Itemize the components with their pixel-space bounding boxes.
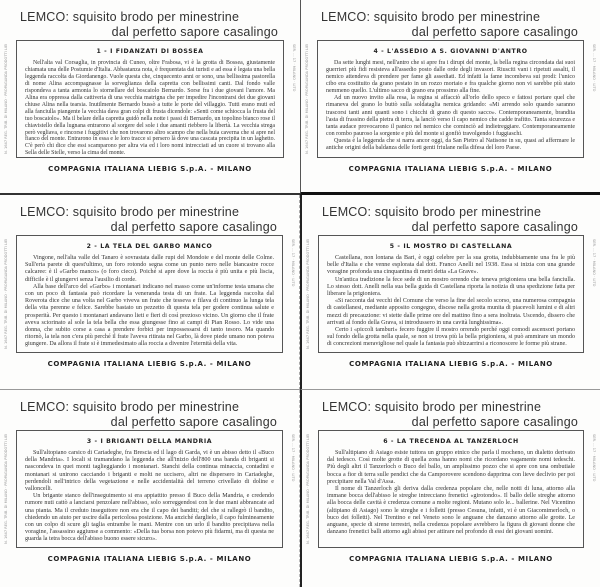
story-text: Nell'alta val Corsaglia, in provincia di… — [25, 60, 275, 157]
story-paragraph: Il nome di Tanzerloch gli deriva dalla c… — [327, 486, 575, 536]
card-side-caption-left: N. 1647 REG. TRIB. DI MILANO · PROPAGAND… — [4, 434, 12, 544]
story-paragraph: Un brigante stanco dell'inseguimento si … — [25, 493, 274, 543]
story-paragraph: «Si racconta dai vecchi del Comune che v… — [327, 298, 575, 327]
story-box: 6 - LA TRECENDA AL TANZERLOCH Sull'altip… — [318, 430, 584, 548]
card-footer: COMPAGNIA ITALIANA LIEBIG S.p.A. - MILAN… — [302, 360, 600, 368]
card-header-line2: dal perfetto sapore casalingo — [412, 220, 578, 234]
card-side-caption-right: SER. ... 17 · MILANO · LITO — [287, 434, 295, 544]
card-header-line2: dal perfetto sapore casalingo — [412, 25, 578, 39]
story-box: 5 - IL MOSTRO DI CASTELLANA Castellana, … — [318, 235, 584, 353]
story-title: 3 - I BRIGANTI DELLA MANDRIA — [25, 438, 274, 445]
card-side-caption-right: SER. ... 17 · MILANO · LITO — [287, 239, 295, 349]
card-header-line1: LEMCO: squisito brodo per minestrine — [20, 10, 239, 24]
liebig-card-1: N. 1647 REG. TRIB. DI MILANO · PROPAGAND… — [0, 0, 300, 195]
card-header-line2: dal perfetto sapore casalingo — [112, 25, 278, 39]
story-text: Sull'altipiano di Asiago esiste tuttora … — [327, 450, 575, 536]
story-paragraph: Castellana, non lontana da Bari, è oggi … — [327, 255, 575, 277]
liebig-card-2: N. 1647 REG. TRIB. DI MILANO · PROPAGAND… — [300, 0, 600, 195]
story-box: 3 - I BRIGANTI DELLA MANDRIA Sull'altopi… — [16, 430, 283, 548]
story-paragraph: Ad un nuovo invito alla resa, la regina … — [326, 95, 575, 137]
story-paragraph: Questa è la leggenda che si narra ancor … — [326, 138, 575, 152]
story-paragraph: Alla base dell'arco del «Garbo» i montan… — [25, 284, 274, 349]
card-footer: COMPAGNIA ITALIANA LIEBIG S.p.A. - MILAN… — [0, 165, 300, 173]
story-text: Castellana, non lontana da Bari, è oggi … — [327, 255, 575, 349]
liebig-cards-sheet: N. 1647 REG. TRIB. DI MILANO · PROPAGAND… — [0, 0, 600, 587]
card-footer: COMPAGNIA ITALIANA LIEBIG S.p.A. - MILAN… — [302, 555, 600, 563]
card-header-line2: dal perfetto sapore casalingo — [111, 415, 277, 429]
card-side-caption-left: N. 1647 REG. TRIB. DI MILANO · PROPAGAND… — [4, 239, 12, 349]
card-header-line1: LEMCO: squisito brodo per minestrine — [322, 400, 541, 414]
liebig-card-5: N. 1647 REG. TRIB. DI MILANO · PROPAGAND… — [0, 390, 300, 587]
story-title: 2 - LA TELA DEL GARBO MANCO — [25, 243, 274, 250]
card-header-line2: dal perfetto sapore casalingo — [412, 415, 578, 429]
story-box: 4 - L'ASSEDIO A S. GIOVANNI D'ANTRO Da s… — [317, 40, 584, 158]
liebig-card-3: N. 1647 REG. TRIB. DI MILANO · PROPAGAND… — [0, 195, 300, 390]
story-title: 1 - I FIDANZATI DI BOSSEA — [25, 48, 275, 55]
liebig-card-4: N. 1647 REG. TRIB. DI MILANO · PROPAGAND… — [300, 195, 600, 390]
card-side-caption-left: N. 1647 REG. TRIB. DI MILANO · PROPAGAND… — [4, 44, 12, 154]
story-paragraph: Sull'altopiano carsico di Cariadeghe, fr… — [25, 450, 274, 493]
story-paragraph: Sull'altipiano di Asiago esiste tuttora … — [327, 450, 575, 486]
card-side-caption-right: SER. ... 17 · MILANO · LITO — [588, 434, 596, 544]
story-text: Da sette lunghi mesi, nell'antro che si … — [326, 60, 575, 152]
card-header-line1: LEMCO: squisito brodo per minestrine — [321, 10, 540, 24]
story-title: 4 - L'ASSEDIO A S. GIOVANNI D'ANTRO — [326, 48, 575, 55]
card-side-caption-right: SER. ... 17 · MILANO · LITO — [588, 44, 596, 154]
story-box: 2 - LA TELA DEL GARBO MANCO Vingone, nel… — [16, 235, 283, 353]
story-text: Sull'altopiano carsico di Cariadeghe, fr… — [25, 450, 274, 544]
card-side-caption-left: N. 1647 REG. TRIB. DI MILANO · PROPAGAND… — [306, 239, 314, 349]
card-header-line1: LEMCO: squisito brodo per minestrine — [20, 400, 239, 414]
card-side-caption-right: SER. ... 17 · MILANO · LITO — [588, 239, 596, 349]
story-paragraph: Da sette lunghi mesi, nell'antro che si … — [326, 60, 575, 95]
story-paragraph: Vingone, nell'alta valle del Tanaro è so… — [25, 255, 274, 284]
story-paragraph: Un'antica tradizione la fece sede di un … — [327, 277, 575, 299]
card-footer: COMPAGNIA ITALIANA LIEBIG S.p.A. - MILAN… — [0, 360, 299, 368]
card-side-caption-left: N. 1647 REG. TRIB. DI MILANO · PROPAGAND… — [305, 44, 313, 154]
card-footer: COMPAGNIA ITALIANA LIEBIG S.p.A. - MILAN… — [0, 555, 299, 563]
card-side-caption-left: N. 1647 REG. TRIB. DI MILANO · PROPAGAND… — [306, 434, 314, 544]
story-paragraph: Nell'alta val Corsaglia, in provincia di… — [25, 60, 275, 157]
liebig-card-6: N. 1647 REG. TRIB. DI MILANO · PROPAGAND… — [300, 390, 600, 587]
story-text: Vingone, nell'alta valle del Tanaro è so… — [25, 255, 274, 349]
card-header-line1: LEMCO: squisito brodo per minestrine — [322, 205, 541, 219]
story-box: 1 - I FIDANZATI DI BOSSEA Nell'alta val … — [16, 40, 284, 158]
card-header-line1: LEMCO: squisito brodo per minestrine — [20, 205, 239, 219]
story-title: 5 - IL MOSTRO DI CASTELLANA — [327, 243, 575, 250]
card-footer: COMPAGNIA ITALIANA LIEBIG S.p.A. - MILAN… — [301, 165, 600, 173]
card-side-caption-right: SER. ... 17 · MILANO · LITO — [288, 44, 296, 154]
card-header-line2: dal perfetto sapore casalingo — [111, 220, 277, 234]
story-title: 6 - LA TRECENDA AL TANZERLOCH — [327, 438, 575, 445]
story-paragraph: Certo i «piccoli tamburi» fecero fuggire… — [327, 327, 575, 349]
